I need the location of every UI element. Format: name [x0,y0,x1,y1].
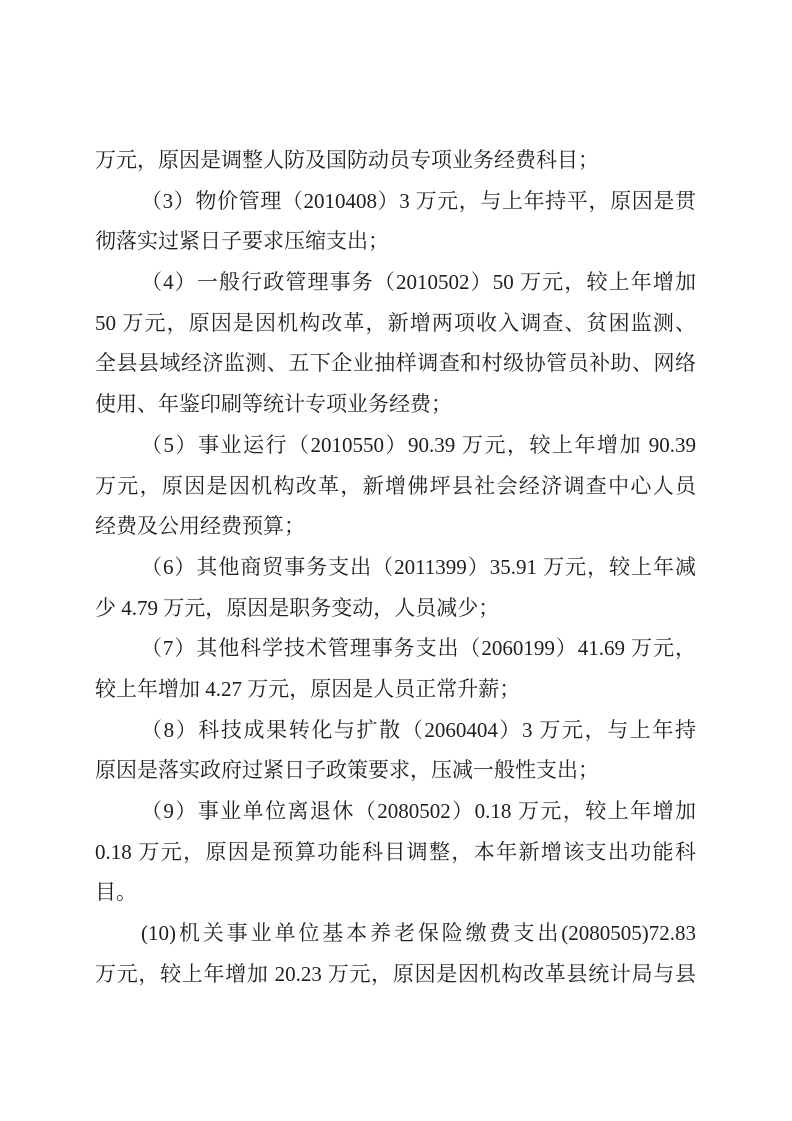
text-line: 全县县域经济监测、五下企业抽样调查和村级协管员补助、网络 [95,343,696,384]
text-paragraph: (10)机关事业单位基本养老保险缴费支出(2080505)72.83 万元，较上… [95,913,696,994]
text-line: （4）一般行政管理事务（2010502）50 万元，较上年增加 [95,262,696,303]
document-body: 万元，原因是调整人防及国防动员专项业务经费科目； （3）物价管理（2010408… [95,140,696,994]
text-paragraph: （5）事业运行（2010550）90.39 万元，较上年增加 90.39 万元，… [95,425,696,547]
text-line: （7）其他科学技术管理事务支出（2060199）41.69 万元， [95,628,696,669]
text-line: 经费及公用经费预算； [95,506,696,547]
text-paragraph: 万元，原因是调整人防及国防动员专项业务经费科目； [95,140,696,181]
text-paragraph: （8）科技成果转化与扩散（2060404）3 万元，与上年持平， 原因是落实政府… [95,710,696,791]
text-line: (10)机关事业单位基本养老保险缴费支出(2080505)72.83 [95,913,696,954]
text-paragraph: （6）其他商贸事务支出（2011399）35.91 万元，较上年减 少 4.79… [95,547,696,628]
text-line: （9）事业单位离退休（2080502）0.18 万元，较上年增加 [95,791,696,832]
text-line: 50 万元，原因是因机构改革，新增两项收入调查、贫困监测、 [95,303,696,344]
text-line: （3）物价管理（2010408）3 万元，与上年持平，原因是贯 [95,181,696,222]
text-line: 0.18 万元，原因是预算功能科目调整，本年新增该支出功能科 [95,832,696,873]
text-paragraph: （7）其他科学技术管理事务支出（2060199）41.69 万元， 较上年增加 … [95,628,696,709]
text-line: （6）其他商贸事务支出（2011399）35.91 万元，较上年减 [95,547,696,588]
text-line: 万元，较上年增加 20.23 万元，原因是因机构改革县统计局与县 [95,954,696,995]
text-line: 少 4.79 万元，原因是职务变动，人员减少； [95,588,696,629]
text-paragraph: （3）物价管理（2010408）3 万元，与上年持平，原因是贯 彻落实过紧日子要… [95,181,696,262]
text-line: （5）事业运行（2010550）90.39 万元，较上年增加 90.39 [95,425,696,466]
text-line: 万元，原因是调整人防及国防动员专项业务经费科目； [95,140,696,181]
text-line: 原因是落实政府过紧日子政策要求，压减一般性支出； [95,750,696,791]
text-line: 彻落实过紧日子要求压缩支出； [95,221,696,262]
text-line: 较上年增加 4.27 万元，原因是人员正常升薪； [95,669,696,710]
text-line: 目。 [95,872,696,913]
document-page: 万元，原因是调整人防及国防动员专项业务经费科目； （3）物价管理（2010408… [0,0,792,1121]
text-line: （8）科技成果转化与扩散（2060404）3 万元，与上年持平， [95,710,696,751]
text-line: 使用、年鉴印刷等统计专项业务经费； [95,384,696,425]
text-paragraph: （9）事业单位离退休（2080502）0.18 万元，较上年增加 0.18 万元… [95,791,696,913]
text-line: 万元，原因是因机构改革，新增佛坪县社会经济调查中心人员 [95,466,696,507]
text-paragraph: （4）一般行政管理事务（2010502）50 万元，较上年增加 50 万元，原因… [95,262,696,425]
